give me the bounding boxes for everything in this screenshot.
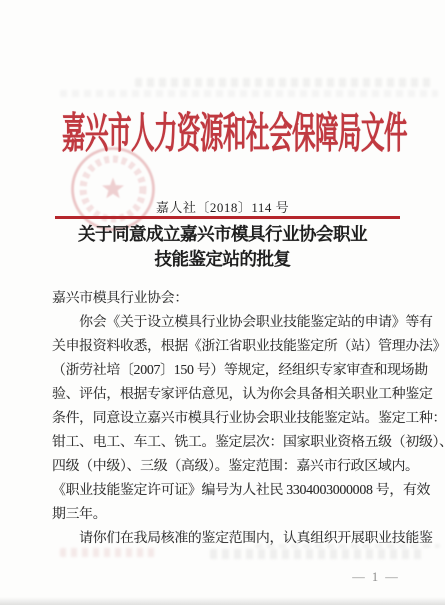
- body-line: 《职业技能鉴定许可证》编号为人社民 3304003000008 号，有效: [52, 479, 400, 503]
- document-body: 嘉兴市模具行业协会： 你会《关于设立模具行业协会职业技能鉴定站的申请》等有 关申…: [52, 287, 400, 551]
- bleedthrough-artifact: [60, 90, 438, 97]
- bleedthrough-artifact: [60, 548, 156, 557]
- body-line: 条件，同意设立嘉兴市模具行业协会职业技能鉴定站。鉴定工种：: [52, 407, 400, 431]
- document-number: 嘉人社〔2018〕114 号: [0, 197, 445, 216]
- body-line: 你会《关于设立模具行业协会职业技能鉴定站的申请》等有: [52, 311, 400, 335]
- document-title-line2: 技能鉴定站的批复: [0, 247, 445, 272]
- page-number: — 1 —: [330, 570, 422, 585]
- page-edge-shadow: [0, 597, 445, 605]
- body-line: 关申报资料收悉，根据《浙江省职业技能鉴定所（站）管理办法》: [52, 335, 400, 359]
- body-line: （浙劳社培〔2007〕150 号）等规定，经组织专家审查和现场勘: [52, 359, 400, 383]
- document-page: 嘉兴市人力资源和社会保障局文件 嘉人社〔2018〕114 号 关于同意成立嘉兴市…: [0, 0, 445, 605]
- document-title: 关于同意成立嘉兴市模具行业协会职业 技能鉴定站的批复: [0, 222, 445, 272]
- body-line: 钳工、电工、车工、铣工。鉴定层次：国家职业资格五级（初级）、: [52, 431, 400, 455]
- bleedthrough-artifact: [210, 549, 424, 559]
- bleedthrough-artifact: [135, 78, 435, 87]
- seal-star-icon: [102, 178, 124, 199]
- body-line: 嘉兴市模具行业协会：: [52, 287, 400, 311]
- letterhead-divider-line: [55, 216, 400, 219]
- letterhead-title: 嘉兴市人力资源和社会保障局文件: [12, 99, 445, 160]
- body-line: 四级（中级）、三级（高级）。鉴定范围：嘉兴市行政区域内。: [52, 455, 400, 479]
- document-title-line1: 关于同意成立嘉兴市模具行业协会职业: [0, 222, 445, 247]
- bleedthrough-artifact: [255, 544, 440, 548]
- body-line: 验、评估，根据专家评估意见，认为你会具备相关职业工种鉴定: [52, 383, 400, 407]
- body-line: 期三年。: [52, 503, 400, 527]
